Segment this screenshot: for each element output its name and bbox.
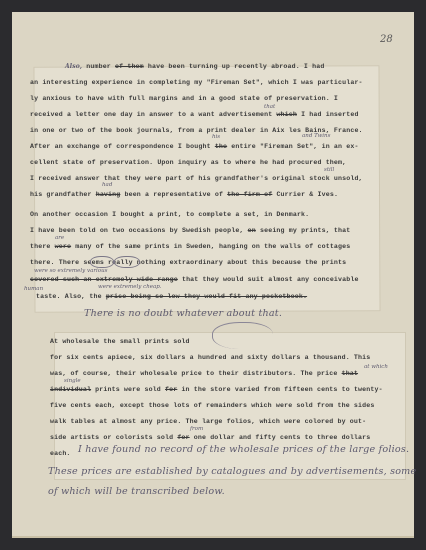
typed-line: side artists or colorists sold for one d… bbox=[50, 434, 370, 441]
typed-line: walk tables at almost any price. The lar… bbox=[50, 418, 366, 425]
handwritten-insert: at which bbox=[364, 364, 388, 370]
typed-line: there were many of the same prints in Sw… bbox=[30, 243, 350, 250]
handwritten-insert: his bbox=[212, 134, 220, 140]
typed-line: cellent state of preservation. Upon inqu… bbox=[30, 159, 346, 166]
typed-line: his grandfather having been a representa… bbox=[30, 191, 338, 198]
handwritten-insert: were so extremely various bbox=[34, 268, 107, 274]
circled-word bbox=[114, 256, 140, 268]
typed-line: each. bbox=[50, 450, 71, 457]
handwritten-note: There is no doubt whatever about that. bbox=[84, 308, 282, 319]
typed-line: ly anxious to have with full margins and… bbox=[30, 95, 338, 102]
page-number: 28 bbox=[380, 34, 393, 45]
handwritten-insert: had bbox=[102, 182, 112, 188]
typed-line: five cents each, except those lots of re… bbox=[50, 402, 374, 409]
handwritten-insert: that bbox=[264, 104, 275, 110]
typed-line: was, of course, their wholesale price to… bbox=[50, 370, 358, 377]
typed-line: covered such an extremely wide range tha… bbox=[30, 276, 359, 283]
typed-line: After an exchange of correspondence I bo… bbox=[30, 143, 359, 150]
typed-line: taste. Also, the price being so low they… bbox=[36, 293, 307, 300]
handwritten-insert: are bbox=[55, 235, 64, 241]
typed-line: there. There seems really nothing extrao… bbox=[30, 259, 346, 266]
handwritten-insert: Also, bbox=[65, 63, 82, 70]
handwritten-insert: still bbox=[324, 167, 334, 173]
typed-line: I have been told on two occasions by Swe… bbox=[30, 227, 350, 234]
typed-line: individual prints were sold for in the s… bbox=[50, 386, 383, 393]
typed-line: received a letter one day in answer to a… bbox=[30, 111, 359, 118]
typed-line: I received answer that they were part of… bbox=[30, 175, 363, 182]
connector-loop bbox=[212, 322, 273, 349]
handwritten-insert: from bbox=[190, 426, 203, 432]
handwritten-insert: human bbox=[24, 286, 43, 292]
handwritten-insert: were extremely cheap. bbox=[98, 284, 162, 290]
handwritten-note-line: These prices are established by catalogu… bbox=[48, 466, 416, 477]
typed-line: an interesting experience in completing … bbox=[30, 79, 363, 86]
handwritten-insert: single bbox=[64, 378, 81, 384]
handwritten-note-line: of which will be transcribed below. bbox=[48, 486, 225, 497]
manuscript-page: 28 Also, number of them have been turnin… bbox=[12, 12, 414, 538]
circled-word bbox=[90, 256, 114, 268]
typed-line: Also, number of them have been turning u… bbox=[65, 63, 324, 70]
handwritten-note-line: I have found no record of the wholesale … bbox=[78, 444, 409, 455]
handwritten-insert: and Twins bbox=[302, 133, 330, 139]
typed-line: On another occasion I bought a print, to… bbox=[30, 211, 309, 218]
typed-line: for six cents apiece, six dollars a hund… bbox=[50, 354, 370, 361]
typed-line: At wholesale the small prints sold bbox=[50, 338, 190, 345]
